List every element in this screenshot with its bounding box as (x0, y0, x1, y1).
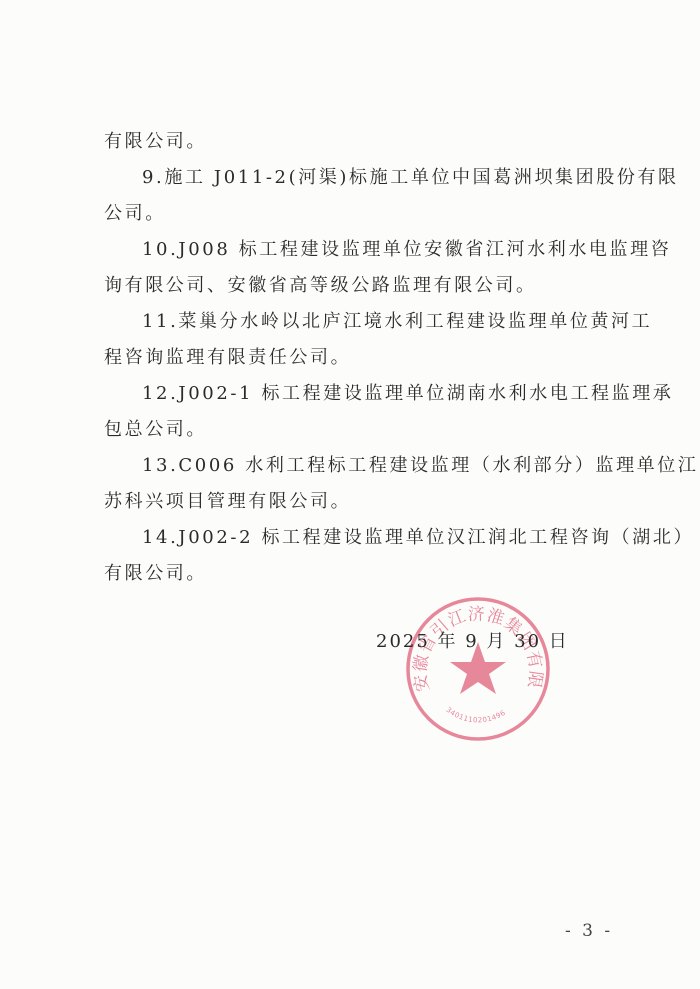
list-item-9: 9.施工 J011-2(河渠)标施工单位中国葛洲坝集团股份有限 (104, 160, 609, 196)
page-number: - 3 - (565, 921, 613, 941)
text-line: 公司。 (104, 196, 609, 232)
svg-text:3401110201496: 3401110201496 (445, 706, 508, 725)
official-seal-icon: 安徽省引江济淮集团有限公司 3401110201496 (403, 594, 553, 744)
text-line: 有限公司。 (104, 124, 609, 160)
text-line: 苏科兴项目管理有限公司。 (104, 484, 609, 520)
document-body: 有限公司。 9.施工 J011-2(河渠)标施工单位中国葛洲坝集团股份有限 公司… (104, 124, 609, 592)
list-item-13: 13.C006 水利工程标工程建设监理（水利部分）监理单位江 (104, 448, 609, 484)
list-item-12: 12.J002-1 标工程建设监理单位湖南水利水电工程监理承 (104, 376, 609, 412)
list-item-11: 11.菜巢分水岭以北庐江境水利工程建设监理单位黄河工 (104, 304, 609, 340)
document-date: 2025 年 9 月 30 日 (376, 627, 569, 653)
seal-code: 3401110201496 (445, 706, 508, 725)
text-line: 询有限公司、安徽省高等级公路监理有限公司。 (104, 268, 609, 304)
document-page: 有限公司。 9.施工 J011-2(河渠)标施工单位中国葛洲坝集团股份有限 公司… (0, 0, 700, 989)
text-line: 程咨询监理有限责任公司。 (104, 340, 609, 376)
list-item-14: 14.J002-2 标工程建设监理单位汉江润北工程咨询（湖北） (104, 520, 609, 556)
text-line: 包总公司。 (104, 412, 609, 448)
text-line: 有限公司。 (104, 556, 609, 592)
list-item-10: 10.J008 标工程建设监理单位安徽省江河水利水电监理咨 (104, 232, 609, 268)
